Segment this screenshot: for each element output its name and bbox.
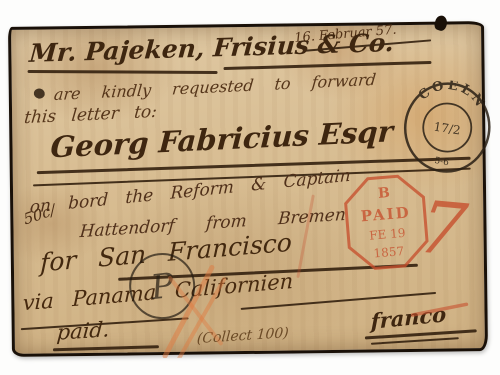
paid-note: paid.: [56, 319, 110, 344]
underline: [223, 61, 431, 70]
paid-word-text: PAID: [360, 203, 411, 225]
rate-note-left: 50c/: [23, 202, 57, 227]
coeln-city-text: COELN: [414, 74, 491, 114]
torn-paper-notch: [433, 14, 449, 32]
collect-note: (Collect 100): [196, 326, 289, 346]
coeln-time-text: 5-6: [434, 156, 450, 168]
paid-code-text: B: [377, 185, 390, 202]
svg-text:COELN: COELN: [414, 74, 491, 114]
coeln-date-text: 17/2: [433, 119, 462, 137]
ink-blot: [33, 88, 46, 100]
postal-cover: 16. Februar 57. Mr. Pajeken, Frisius & C…: [8, 21, 488, 357]
paid-date-text: FE 19: [369, 226, 406, 243]
franco-note: franco: [371, 303, 447, 332]
underline: [53, 345, 159, 351]
address-line-recipient-firm: Mr. Pajeken, Frisius & Co.: [28, 30, 394, 66]
address-line-request: are kindly requested to forward: [53, 72, 377, 103]
london-paid-postmark: B PAID FE 19 1857: [337, 170, 435, 277]
p-circle-postmark: P: [122, 246, 202, 326]
address-line-letter-to: this letter to:: [23, 104, 157, 127]
underline: [28, 70, 218, 74]
underline: [371, 337, 459, 345]
photo-background: 16. Februar 57. Mr. Pajeken, Frisius & C…: [0, 0, 500, 375]
p-letter-text: P: [148, 266, 177, 309]
coeln-postmark: COELN 17/2 5-6: [395, 74, 499, 181]
paid-year-text: 1857: [373, 244, 405, 260]
